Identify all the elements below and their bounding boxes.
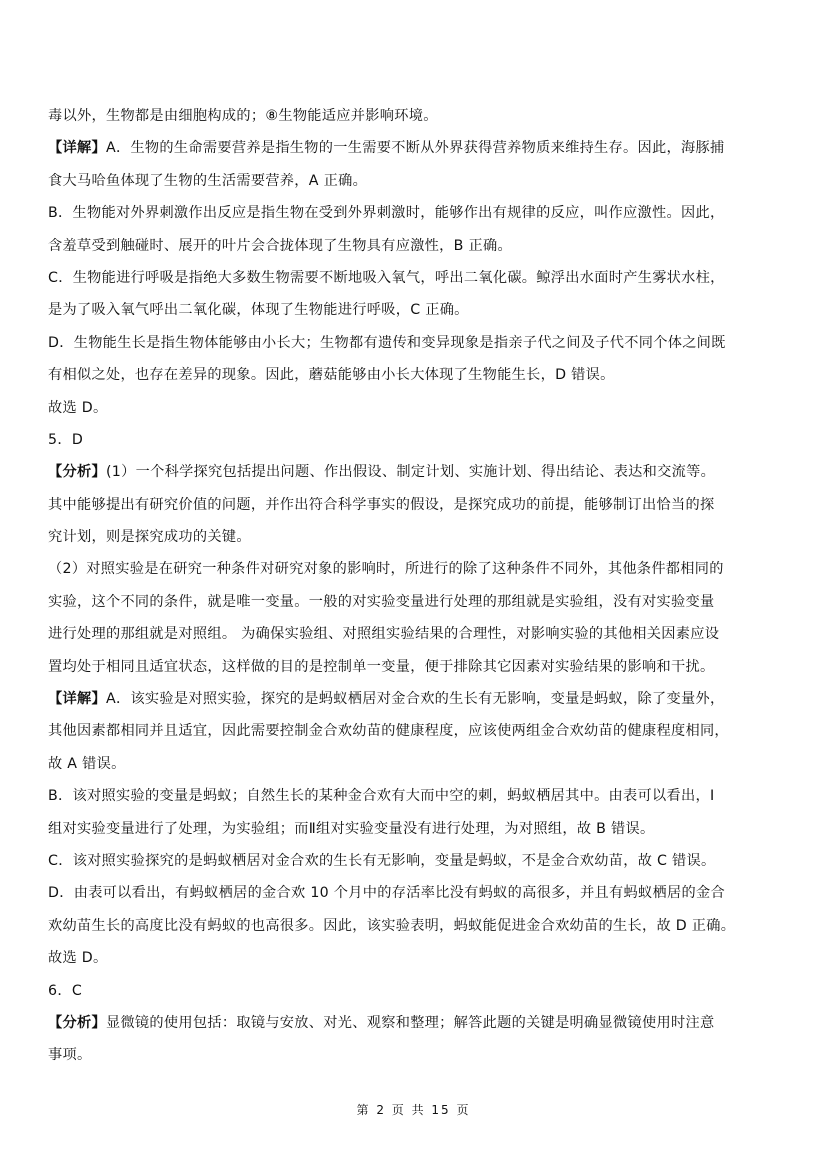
text-line: 组对实验变量进行了处理，为实验组；而Ⅱ组对实验变量没有进行处理，为对照组，故 B…	[48, 813, 781, 845]
line-text: B．该对照实验的变量是蚂蚁；自然生长的某种金合欢有大而中空的刺，蚂蚁栖居其中。由…	[48, 788, 714, 804]
line-text: 故选 D。	[48, 400, 108, 416]
line-text: D．生物能生长是指生物体能够由小长大；生物都有遗传和变异现象是指亲子代之间及子代…	[48, 335, 726, 351]
text-line: 事项。	[48, 1039, 781, 1071]
page-number-footer: 第 2 页 共 15 页	[0, 1101, 827, 1118]
line-text: 究计划，则是探究成功的关键。	[48, 529, 251, 545]
text-line: C．生物能进行呼吸是指绝大多数生物需要不断地吸入氧气，呼出二氧化碳。鲸浮出水面时…	[48, 262, 781, 294]
text-line: 【分析】显微镜的使用包括：取镜与安放、对光、观察和整理；解答此题的关键是明确显微…	[48, 1007, 781, 1039]
text-line: D．由表可以看出，有蚂蚁栖居的金合欢 10 个月中的存活率比没有蚂蚁的高很多，并…	[48, 877, 781, 909]
line-text: 故 A 错误。	[48, 756, 126, 772]
section-tag: 【详解】	[48, 691, 106, 707]
line-text: A．该实验是对照实验，探究的是蚂蚁栖居对金合欢的生长有无影响，变量是蚂蚁，除了变…	[106, 691, 724, 707]
section-tag: 【详解】	[48, 140, 106, 156]
line-text: 进行处理的那组就是对照组。 为确保实验组、对照组实验结果的合理性，对影响实验的其…	[48, 626, 719, 642]
line-text: （2）对照实验是在研究一种条件对研究对象的影响时，所进行的除了这种条件不同外，其…	[48, 561, 724, 577]
text-line: 含羞草受到触碰时、展开的叶片会合拢体现了生物具有应激性，B 正确。	[48, 230, 781, 262]
line-text: 置均处于相同且适宜状态，这样做的目的是控制单一变量，便于排除其它因素对实验结果的…	[48, 659, 714, 675]
line-text: 实验，这个不同的条件，就是唯一变量。一般的对实验变量进行处理的那组就是实验组，没…	[48, 594, 714, 610]
text-line: B．生物能对外界刺激作出反应是指生物在受到外界刺激时，能够作出有规律的反应，叫作…	[48, 197, 781, 229]
text-line: 食大马哈鱼体现了生物的生活需要营养，A 正确。	[48, 165, 781, 197]
text-line: 进行处理的那组就是对照组。 为确保实验组、对照组实验结果的合理性，对影响实验的其…	[48, 618, 781, 650]
document-page: 毒以外，生物都是由细胞构成的；⑧生物能适应并影响环境。 【详解】A．生物的生命需…	[0, 0, 827, 1169]
line-text: 含羞草受到触碰时、展开的叶片会合拢体现了生物具有应激性，B 正确。	[48, 238, 512, 254]
line-text: C．生物能进行呼吸是指绝大多数生物需要不断地吸入氧气，呼出二氧化碳。鲸浮出水面时…	[48, 270, 725, 286]
text-line: D．生物能生长是指生物体能够由小长大；生物都有遗传和变异现象是指亲子代之间及子代…	[48, 327, 781, 359]
text-line: 故选 D。	[48, 392, 781, 424]
text-line: 是为了吸入氧气呼出二氧化碳，体现了生物能进行呼吸，C 正确。	[48, 294, 781, 326]
text-line: 故 A 错误。	[48, 748, 781, 780]
line-text: 其中能够提出有研究价值的问题，并作出符合科学事实的假设，是探究成功的前提，能够制…	[48, 497, 714, 513]
text-line: 毒以外，生物都是由细胞构成的；⑧生物能适应并影响环境。	[48, 100, 781, 132]
text-line: 其中能够提出有研究价值的问题，并作出符合科学事实的假设，是探究成功的前提，能够制…	[48, 489, 781, 521]
line-text: A．生物的生命需要营养是指生物的一生需要不断从外界获得营养物质来维持生存。因此，…	[106, 140, 724, 156]
text-line: B．该对照实验的变量是蚂蚁；自然生长的某种金合欢有大而中空的刺，蚂蚁栖居其中。由…	[48, 780, 781, 812]
line-text: 是为了吸入氧气呼出二氧化碳，体现了生物能进行呼吸，C 正确。	[48, 302, 469, 318]
text-line: 其他因素都相同并且适宜，因此需要控制金合欢幼苗的健康程度，应该使两组金合欢幼苗的…	[48, 715, 781, 747]
page-content: 毒以外，生物都是由细胞构成的；⑧生物能适应并影响环境。 【详解】A．生物的生命需…	[48, 100, 781, 1072]
section-tag: 【分析】	[48, 1015, 106, 1031]
line-text: 欢幼苗生长的高度比没有蚂蚁的也高很多。因此，该实验表明，蚂蚁能促进金合欢幼苗的生…	[48, 918, 735, 934]
text-line: 置均处于相同且适宜状态，这样做的目的是控制单一变量，便于排除其它因素对实验结果的…	[48, 651, 781, 683]
line-text: 5．D	[48, 432, 83, 448]
line-text: 有相似之处，也存在差异的现象。因此，蘑菇能够由小长大体现了生物能生长，D 错误。	[48, 367, 615, 383]
text-line: 有相似之处，也存在差异的现象。因此，蘑菇能够由小长大体现了生物能生长，D 错误。	[48, 359, 781, 391]
text-line: 【详解】A．生物的生命需要营养是指生物的一生需要不断从外界获得营养物质来维持生存…	[48, 132, 781, 164]
line-text: (1）一个科学探究包括提出问题、作出假设、制定计划、实施计划、得出结论、表达和交…	[106, 464, 715, 480]
text-line: 【分析】(1）一个科学探究包括提出问题、作出假设、制定计划、实施计划、得出结论、…	[48, 456, 781, 488]
question-answer-line: 5．D	[48, 424, 781, 456]
text-line: 故选 D。	[48, 942, 781, 974]
line-text: B．生物能对外界刺激作出反应是指生物在受到外界刺激时，能够作出有规律的反应，叫作…	[48, 205, 724, 221]
line-text: 其他因素都相同并且适宜，因此需要控制金合欢幼苗的健康程度，应该使两组金合欢幼苗的…	[48, 723, 729, 739]
section-tag: 【分析】	[48, 464, 106, 480]
line-text: 6．C	[48, 983, 82, 999]
line-text: 显微镜的使用包括：取镜与安放、对光、观察和整理；解答此题的关键是明确显微镜使用时…	[106, 1015, 714, 1031]
text-line: 实验，这个不同的条件，就是唯一变量。一般的对实验变量进行处理的那组就是实验组，没…	[48, 586, 781, 618]
line-text: 故选 D。	[48, 950, 108, 966]
question-answer-line: 6．C	[48, 975, 781, 1007]
line-text: 毒以外，生物都是由细胞构成的；⑧生物能适应并影响环境。	[48, 108, 438, 124]
line-text: 组对实验变量进行了处理，为实验组；而Ⅱ组对实验变量没有进行处理，为对照组，故 B…	[48, 821, 654, 837]
text-line: 【详解】A．该实验是对照实验，探究的是蚂蚁栖居对金合欢的生长有无影响，变量是蚂蚁…	[48, 683, 781, 715]
line-text: 食大马哈鱼体现了生物的生活需要营养，A 正确。	[48, 173, 367, 189]
line-text: C．该对照实验探究的是蚂蚁栖居对金合欢的生长有无影响，变量是蚂蚁，不是金合欢幼苗…	[48, 853, 716, 869]
line-text: D．由表可以看出，有蚂蚁栖居的金合欢 10 个月中的存活率比没有蚂蚁的高很多，并…	[48, 885, 725, 901]
text-line: （2）对照实验是在研究一种条件对研究对象的影响时，所进行的除了这种条件不同外，其…	[48, 553, 781, 585]
text-line: 究计划，则是探究成功的关键。	[48, 521, 781, 553]
text-line: C．该对照实验探究的是蚂蚁栖居对金合欢的生长有无影响，变量是蚂蚁，不是金合欢幼苗…	[48, 845, 781, 877]
line-text: 事项。	[48, 1047, 91, 1063]
text-line: 欢幼苗生长的高度比没有蚂蚁的也高很多。因此，该实验表明，蚂蚁能促进金合欢幼苗的生…	[48, 910, 781, 942]
